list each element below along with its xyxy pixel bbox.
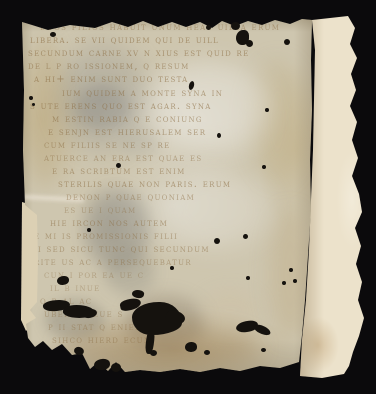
ink-blot-layer <box>0 0 376 394</box>
ink-blot <box>289 268 293 272</box>
manuscript-photo: duos filios habuit unum heac uilla eruml… <box>0 0 376 394</box>
ink-blot <box>261 348 266 352</box>
ink-blot <box>29 96 33 100</box>
ink-blot <box>116 163 121 168</box>
ink-blot <box>32 103 35 106</box>
ink-blot <box>265 108 269 112</box>
ink-blot <box>293 279 297 283</box>
ink-blot <box>50 32 56 37</box>
ink-blot <box>87 228 91 232</box>
ink-blot <box>253 323 272 337</box>
ink-blot <box>150 350 157 356</box>
ink-blot <box>231 22 240 30</box>
ink-blot <box>73 346 85 356</box>
ink-blot <box>243 234 248 239</box>
ink-blot <box>204 350 210 355</box>
ink-blot <box>57 276 69 285</box>
ink-blot <box>185 342 197 352</box>
ink-blot <box>81 308 97 319</box>
ink-blot <box>94 358 111 370</box>
ink-blot <box>214 238 220 244</box>
ink-blot <box>284 39 290 45</box>
ink-blot <box>217 133 221 138</box>
ink-blot <box>246 40 253 47</box>
ink-blot <box>206 25 211 30</box>
ink-blot <box>188 81 195 91</box>
ink-blot <box>111 363 121 372</box>
ink-blot <box>262 165 266 169</box>
ink-blot <box>282 281 286 285</box>
ink-blot <box>170 266 174 270</box>
ink-blot <box>246 276 250 280</box>
